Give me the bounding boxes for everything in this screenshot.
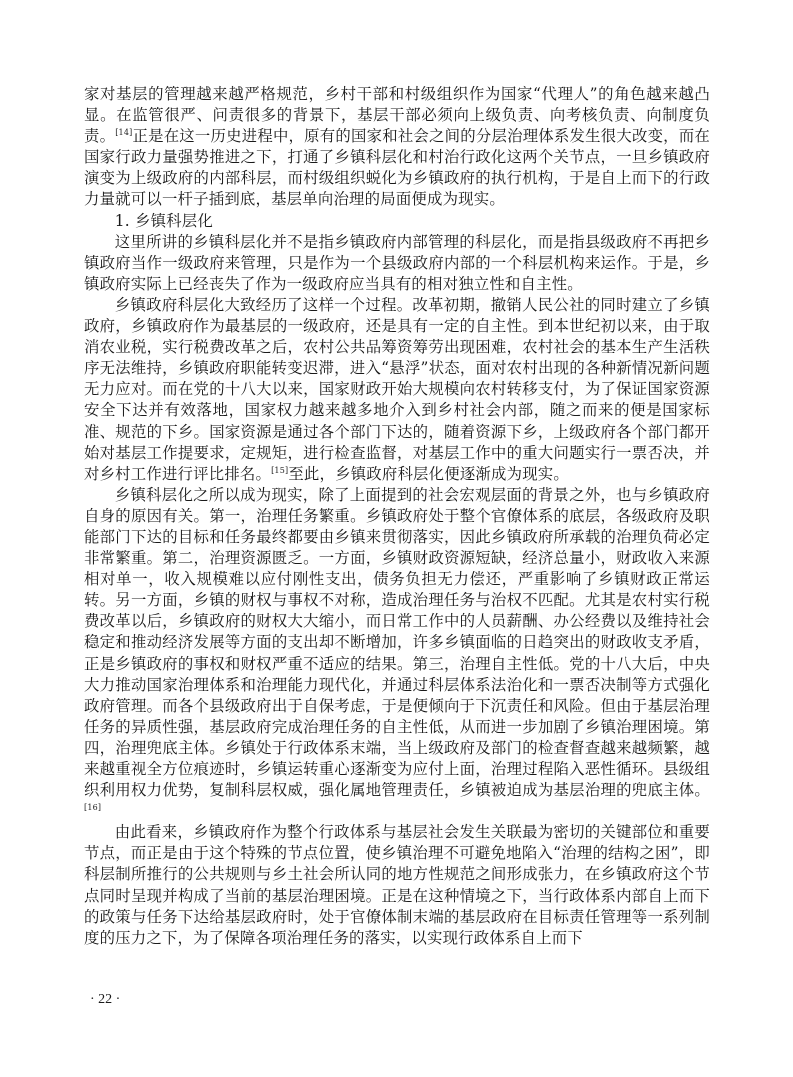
paragraph-text: 乡镇政府科层化大致经历了这样一个过程。改革初期，撤销人民公社的同时建立了乡镇政府…: [84, 296, 710, 483]
paragraph-text: 正是在这一历史进程中，原有的国家和社会之间的分层治理体系发生很大改变，而在国家行…: [84, 127, 710, 208]
paragraph-text: 至此，乡镇政府科层化便逐渐成为现实。: [288, 465, 569, 483]
paragraph: 由此看来，乡镇政府作为整个行政体系与基层社会发生关联最为密切的关键部位和重要节点…: [84, 822, 710, 949]
citation-ref-14[interactable]: [14]: [115, 128, 132, 137]
citation-ref-16[interactable]: [16]: [84, 803, 101, 812]
paragraph-text: 由此看来，乡镇政府作为整个行政体系与基层社会发生关联最为密切的关键部位和重要节点…: [84, 823, 710, 946]
paragraph: 乡镇政府科层化大致经历了这样一个过程。改革初期，撤销人民公社的同时建立了乡镇政府…: [84, 295, 710, 485]
document-page: 家对基层的管理越来越严格规范，乡村干部和村级组织作为国家“代理人”的角色越来越凸…: [84, 84, 710, 949]
section-heading: 1. 乡镇科层化: [84, 211, 710, 232]
paragraph: 乡镇科层化之所以成为现实，除了上面提到的社会宏观层面的背景之外，也与乡镇政府自身…: [84, 485, 710, 823]
paragraph-continuation: 家对基层的管理越来越严格规范，乡村干部和村级组织作为国家“代理人”的角色越来越凸…: [84, 84, 710, 211]
page-number: · 22 ·: [90, 992, 120, 1008]
citation-ref-15[interactable]: [15]: [271, 466, 288, 475]
paragraph-text: 乡镇科层化之所以成为现实，除了上面提到的社会宏观层面的背景之外，也与乡镇政府自身…: [84, 486, 710, 799]
paragraph-text: 这里所讲的乡镇科层化并不是指乡镇政府内部管理的科层化，而是指县级政府不再把乡镇政…: [84, 233, 710, 293]
paragraph: 这里所讲的乡镇科层化并不是指乡镇政府内部管理的科层化，而是指县级政府不再把乡镇政…: [84, 232, 710, 295]
